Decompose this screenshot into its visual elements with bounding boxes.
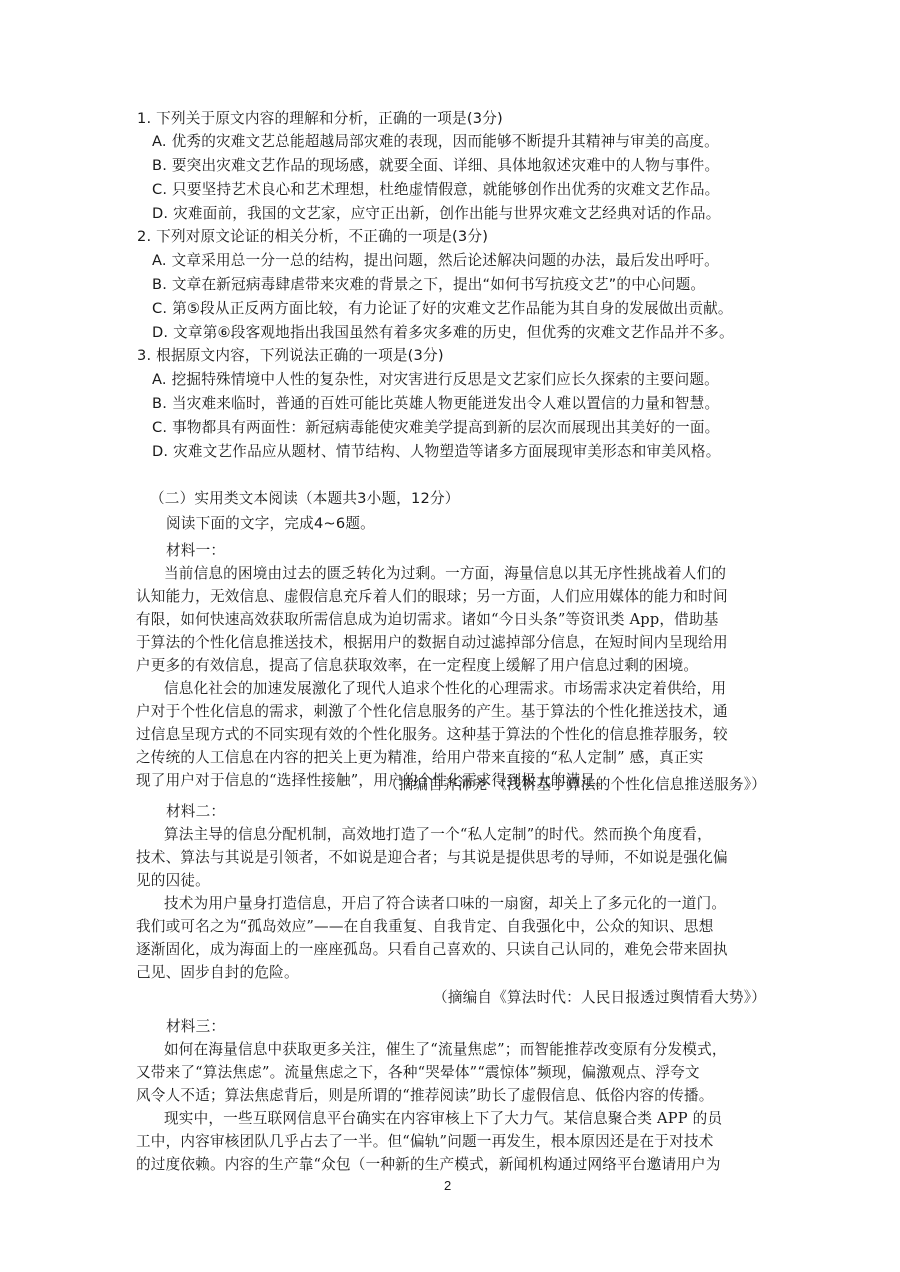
material-2-line: 算法主导的信息分配机制，高效地打造了一个“私人定制”的时代。然而换个角度看，: [164, 826, 766, 844]
question-2-option-c: C. 第⑤段从正反两方面比较，有力论证了好的灾难文艺作品能为其自身的发展做出贡献…: [152, 300, 733, 318]
material-2-line: 我们或可名之为“孤岛效应”——在自我重复、自我肯定、自我强化中，公众的知识、思想: [136, 918, 766, 936]
material-1-line: 当前信息的困境由过去的匮乏转化为过剩。一方面，海量信息以其无序性挑战着人们的: [164, 565, 766, 583]
material-1-line: 有限，如何快速高效获取所需信息成为迫切需求。诸如“今日头条”等资讯类 App，借…: [136, 611, 766, 629]
question-1-option-b: B. 要突出灾难文艺作品的现场感，就要全面、详细、具体地叙述灾难中的人物与事件。: [152, 157, 719, 175]
material-2-line: 逐渐固化，成为海面上的一座座孤岛。只看自己喜欢的、只读自己认同的，难免会带来固执: [136, 941, 766, 959]
question-2-option-d: D. 文章第⑥段客观地指出我国虽然有着多灾多难的历史，但优秀的灾难文艺作品并不多…: [152, 324, 734, 342]
question-3-option-d: D. 灾难文艺作品应从题材、情节结构、人物塑造等诸多方面展现审美形态和审美风格。: [152, 443, 721, 461]
material-1-line: 信息化社会的加速发展激化了现代人追求个性化的心理需求。市场需求决定着供给，用: [164, 680, 766, 698]
question-2-stem: 2. 下列对原文论证的相关分析，不正确的一项是(3分): [137, 228, 488, 246]
question-1-stem: 1. 下列关于原文内容的理解和分析，正确的一项是(3分): [137, 110, 503, 128]
section-instruction: 阅读下面的文字，完成4~6题。: [166, 515, 375, 533]
material-1-line: 过信息呈现方式的不同实现有效的个性化服务。这种基于算法的个性化的信息推荐服务，较: [136, 726, 766, 744]
question-1-option-d: D. 灾难面前，我国的文艺家，应守正出新，创作出能与世界灾难文艺经典对话的作品。: [152, 205, 721, 223]
page-number: 2: [444, 1178, 451, 1193]
material-3-line: 工中，内容审核团队几乎占去了一半。但“偏轨”问题一再发生，根本原因还是在于对技术: [136, 1133, 766, 1151]
material-2-line: 己见、固步自封的危险。: [136, 964, 766, 982]
material-3-line: 现实中，一些互联网信息平台确实在内容审核上下了大力气。某信息聚合类 APP 的员: [164, 1110, 766, 1128]
material-1-line: 于算法的个性化信息推送技术，根据用户的数据自动过滤掉部分信息，在短时间内呈现给用: [136, 634, 766, 652]
question-3-option-b: B. 当灾难来临时，普通的百姓可能比英雄人物更能迸发出令人难以置信的力量和智慧。: [152, 395, 719, 413]
material-3-line: 的过度依赖。内容的生产靠“众包（一种新的生产模式，新闻机构通过网络平台邀请用户为: [136, 1156, 766, 1174]
material-3-line: 又带来了“算法焦虑”。流量焦虑之下，各种“哭晕体”“震惊体”频现，偏激观点、浮夸…: [136, 1064, 766, 1082]
material-1-source: （摘编自齐沛尧 《浅析基于算法的个性化信息推送服务》）: [384, 776, 766, 794]
material-1-label: 材料一：: [166, 542, 225, 560]
material-3-label: 材料三：: [166, 1018, 225, 1036]
material-2-line: 技术为用户量身打造信息，开启了符合读者口味的一扇窗，却关上了多元化的一道门。: [164, 895, 766, 913]
material-1-line: 户更多的有效信息，提高了信息获取效率，在一定程度上缓解了用户信息过剩的困境。: [136, 657, 766, 675]
material-2-label: 材料二：: [166, 803, 225, 821]
section-heading: （二）实用类文本阅读（本题共3小题，12分）: [150, 490, 460, 508]
exam-page: 1. 下列关于原文内容的理解和分析，正确的一项是(3分) A. 优秀的灾难文艺总…: [0, 0, 900, 1272]
material-3-line: 风令人不适；算法焦虑背后，则是所谓的“推荐阅读”助长了虚假信息、低俗内容的传播。: [136, 1087, 766, 1105]
material-2-line: 技术、算法与其说是引领者，不如说是迎合者；与其说是提供思考的导师，不如说是强化偏: [136, 849, 766, 867]
question-3-option-a: A. 挖掘特殊情境中人性的复杂性，对灾害进行反思是文艺家们应长久探索的主要问题。: [152, 371, 719, 389]
question-1-option-c: C. 只要坚持艺术良心和艺术理想，杜绝虚情假意，就能够创作出优秀的灾难文艺作品。: [152, 181, 719, 199]
material-3-line: 如何在海量信息中获取更多关注，催生了“流量焦虑”；而智能推荐改变原有分发模式，: [164, 1041, 766, 1059]
material-1-line: 认知能力，无效信息、虚假信息充斥着人们的眼球；另一方面，人们应用媒体的能力和时间: [136, 588, 766, 606]
material-2-source: （摘编自《算法时代：人民日报透过舆情看大势》）: [433, 989, 766, 1007]
question-3-stem: 3. 根据原文内容，下列说法正确的一项是(3分): [137, 347, 444, 365]
question-2-option-a: A. 文章采用总一分一总的结构，提出问题，然后论述解决问题的办法，最后发出呼吁。: [152, 252, 719, 270]
material-1-line: 户对于个性化信息的需求，刺激了个性化信息服务的产生。基于算法的个性化推送技术，通: [136, 703, 766, 721]
question-1-option-a: A. 优秀的灾难文艺总能超越局部灾难的表现，因而能够不断提升其精神与审美的高度。: [152, 133, 719, 151]
question-3-option-c: C. 事物都具有两面性：新冠病毒能使灾难美学提高到新的层次而展现出其美好的一面。: [152, 419, 719, 437]
material-1-line: 之传统的人工信息在内容的把关上更为精准，给用户带来直接的“私人定制” 感，真正实: [136, 749, 766, 767]
material-2-line: 见的囚徒。: [136, 872, 766, 890]
question-2-option-b: B. 文章在新冠病毒肆虐带来灾难的背景之下，提出“如何书写抗疫文艺”的中心问题。: [152, 276, 705, 294]
